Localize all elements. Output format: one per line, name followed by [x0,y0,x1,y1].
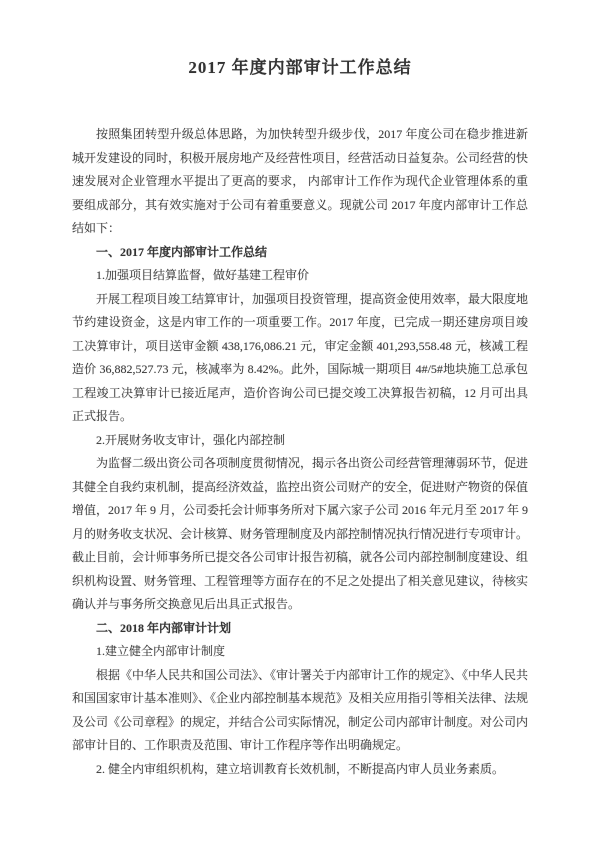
section2-item1-paragraph: 根据《中华人民共和国公司法》、《审计署关于内部审计工作的规定》、《中华人民共和国… [72,664,528,758]
section1-item2-heading: 2.开展财务收支审计，强化内部控制 [72,429,528,453]
document-title: 2017 年度内部审计工作总结 [72,55,528,81]
section1-item1-heading: 1.加强项目结算监督，做好基建工程审价 [72,264,528,288]
section1-item2-paragraph: 为监督二级出资公司各项制度贯彻情况，揭示各出资公司经营管理薄弱环节，促进其健全自… [72,452,528,617]
section2-item1-heading: 1.建立健全内部审计制度 [72,640,528,664]
section2-item2-paragraph: 2. 健全内审组织机构，建立培训教育长效机制，不断提高内审人员业务素质。 [72,758,528,782]
intro-paragraph: 按照集团转型升级总体思路，为加快转型升级步伐，2017 年度公司在稳步推进新城开… [72,123,528,241]
document-page: 2017 年度内部审计工作总结 按照集团转型升级总体思路，为加快转型升级步伐，2… [0,0,600,849]
section1-heading: 一、2017 年度内部审计工作总结 [72,241,528,265]
section1-item1-paragraph: 开展工程项目竣工结算审计，加强项目投资管理，提高资金使用效率，最大限度地节约建设… [72,288,528,429]
section2-heading: 二、2018 年内部审计计划 [72,617,528,641]
